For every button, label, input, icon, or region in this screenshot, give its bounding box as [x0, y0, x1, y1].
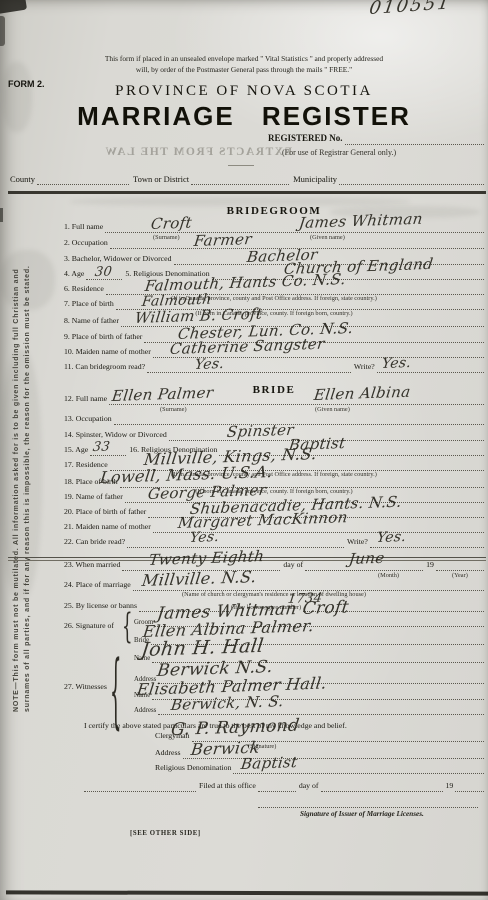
thick-rule [8, 191, 486, 194]
clergyman-signature-value: G. P. Raymond [170, 718, 300, 739]
issuer-signature-row [258, 795, 478, 808]
bride-given-value: Ellen Albina [313, 385, 411, 403]
year-line [436, 570, 484, 571]
mailing-notice: This form if placed in an unsealed envel… [40, 53, 448, 76]
clergyman-denomination-label: Religious Denomination [155, 764, 233, 774]
filed-year-prefix: 19 [443, 782, 456, 792]
bridegroom-read-value: Yes. [194, 357, 225, 372]
day-of-label: day of [280, 561, 305, 571]
bride-age-line [90, 455, 126, 456]
field-row-place-of-marriage: 24. Place of marriage [64, 578, 484, 591]
bridegroom-write-value: Yes. [381, 356, 412, 371]
age-label: 4. Age [64, 270, 86, 280]
registered-no-row: REGISTERED No. [268, 132, 484, 145]
small-divider [228, 165, 254, 166]
bride-occupation-line [114, 424, 484, 425]
witness2-address-line [158, 714, 484, 715]
town-line [191, 184, 289, 185]
occupation-label: 2. Occupation [64, 239, 110, 249]
county-label: County [10, 175, 37, 185]
bridegroom-surname-value: Croft [150, 216, 193, 232]
field-row-bride-read-write: 22. Can bride read? Write? [64, 535, 484, 548]
clergyman-denomination-line [233, 773, 484, 774]
read-line [147, 372, 351, 373]
scan-edge-mark [0, 16, 5, 46]
field-row-birthplace: 7. Place of birth [64, 297, 484, 310]
filed-line2 [258, 791, 296, 792]
bride-status-label: 14. Spinster, Widow or Divorced [64, 431, 169, 441]
bride-mother-label: 21. Maiden name of mother [64, 523, 153, 533]
bleedthrough-text: EXTRACTS FROM THE LAW [104, 146, 292, 158]
bride-can-read-label: 22. Can bride read? [64, 538, 127, 548]
clergyman-denomination-value: Baptist [240, 755, 298, 772]
bride-full-name-label: 12. Full name [64, 395, 109, 405]
county-row: County Town or District Municipality [10, 172, 484, 185]
town-label: Town or District [129, 175, 191, 185]
father-label: 8. Name of father [64, 317, 121, 327]
bleedthrough-smudge [0, 350, 42, 600]
filed-day-of-label: day of [296, 782, 321, 792]
bride-status-value: Spinster [226, 423, 295, 440]
issuer-signature-line [258, 807, 478, 808]
year-prefix: 19 [423, 561, 436, 571]
bride-age-label: 15. Age [64, 446, 90, 456]
serial-number-handwritten: 010551 [368, 0, 452, 18]
bride-father-label: 19. Name of father [64, 493, 125, 503]
margin-note-line1: NOTE—This form must not be mutilated. Al… [13, 197, 20, 712]
can-read-label: 11. Can bridegroom read? [64, 363, 147, 373]
field-row-read-write: 11. Can bridegroom read? Write? [64, 360, 484, 373]
birthplace-label: 7. Place of birth [64, 300, 116, 310]
issuer-caption: Signature of Issuer of Marriage Licenses… [300, 810, 424, 818]
bride-occupation-label: 13. Occupation [64, 415, 114, 425]
signature-of-label: 26. Signature of [64, 622, 116, 632]
bride-write-label: Write? [344, 538, 370, 548]
place-of-marriage-label: 24. Place of marriage [64, 581, 133, 591]
when-married-label: 23. When married [64, 561, 122, 571]
filed-row: Filed at this office day of 19 [84, 779, 484, 792]
write-label: Write? [351, 363, 377, 373]
mailing-notice-line1: This form if placed in an unsealed envel… [40, 53, 448, 64]
bride-age-value: 33 [92, 440, 111, 454]
witness2-address-value: Berwick, N. S. [170, 694, 285, 713]
filed-year-line [455, 791, 484, 792]
clergyman-address-label: Address [155, 749, 183, 759]
filed-lead-line [84, 791, 196, 792]
bridegroom-given-value: James Whitman [298, 212, 424, 231]
registered-no-line [345, 144, 484, 145]
bridegroom-occupation-value: Farmer [193, 232, 253, 249]
bride-read-value: Yes. [189, 530, 220, 545]
registrar-only-caption: (For use of Registrar General only.) [282, 149, 396, 157]
filed-line3 [321, 791, 443, 792]
signature-brace: { [122, 607, 133, 647]
margin-note-line2: surnames of all parties, and if for any … [24, 197, 31, 712]
bride-write-line [370, 547, 484, 548]
field-row-when-married: 23. When married day of 19 [64, 558, 484, 571]
registered-no-label: REGISTERED No. [268, 134, 345, 145]
marriage-day-value: Twenty Eighth [148, 549, 265, 568]
page-title: MARRIAGE REGISTER [0, 101, 488, 132]
mother-label: 10. Maiden name of mother [64, 348, 153, 358]
filed-label: Filed at this office [196, 782, 258, 792]
province-title: PROVINCE OF NOVA SCOTIA [0, 83, 488, 100]
witnesses-label: 27. Witnesses [64, 683, 109, 693]
marriage-month-value: June [348, 551, 385, 567]
clergyman-denomination-row: Religious Denomination [155, 761, 484, 774]
scan-bottom-bar [6, 890, 488, 895]
bridegroom-age-value: 30 [94, 265, 113, 279]
witness1-name-value: John H. Hall [140, 637, 265, 660]
bride-write-value: Yes. [376, 530, 407, 545]
full-name-label: 1. Full name [64, 223, 105, 233]
place-of-marriage-caption: (Name of church or clergyman's residence… [64, 592, 484, 598]
municipality-line [339, 184, 484, 185]
see-other-side: [SEE OTHER SIDE] [130, 830, 201, 837]
municipality-label: Municipality [289, 175, 339, 185]
county-line [37, 184, 129, 185]
witness-address-label2: Address [134, 707, 158, 715]
marriage-place-value: Millville. N.S. [141, 569, 257, 589]
bride-father-birthplace-label: 20. Place of birth of father [64, 508, 148, 518]
scan-edge-mark2 [0, 208, 3, 222]
write-line [377, 372, 484, 373]
father-birthplace-label: 9. Place of birth of father [64, 333, 144, 343]
scan-corner-mark [0, 0, 27, 14]
residence-label: 6. Residence [64, 285, 106, 295]
mailing-notice-line2: will, by order of the Postmaster General… [40, 64, 448, 75]
clergyman-address-line [183, 758, 484, 759]
status-label: 3. Bachelor, Widower or Divorced [64, 255, 174, 265]
marriage-register-document: 010551 This form if placed in an unseale… [0, 0, 488, 900]
month-line [305, 570, 423, 571]
bride-full-name-line [109, 404, 484, 405]
bride-surname-value: Ellen Palmer [111, 385, 214, 404]
